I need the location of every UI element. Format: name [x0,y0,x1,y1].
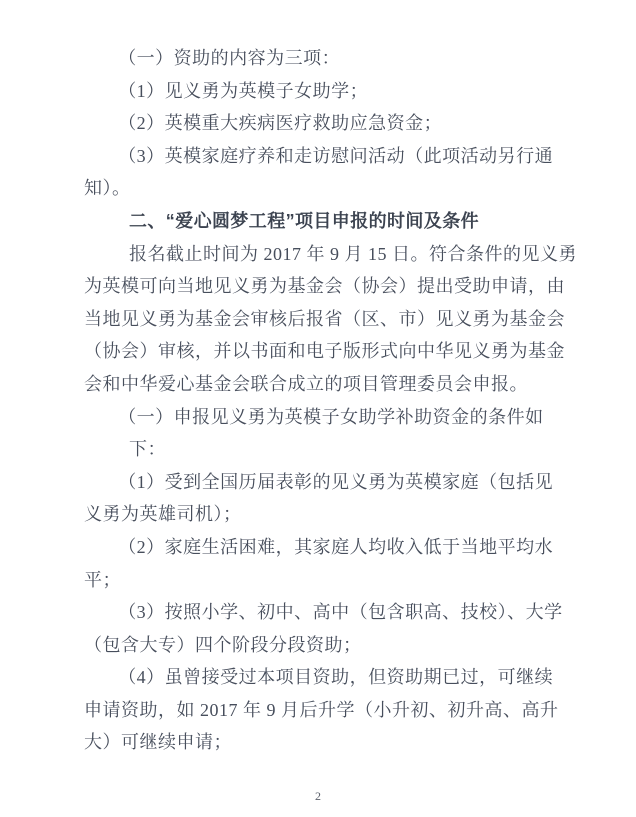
text-line: （3）英模家庭疗养和走访慰问活动（此项活动另行通 [84,140,562,173]
text-line: 为英模可向当地见义勇为基金会（协会）提出受助申请，由 [84,270,562,303]
text-line: （2）英模重大疾病医疗救助应急资金； [84,107,562,140]
text-line: 义勇为英雄司机）； [84,498,562,531]
text-line: （协会）审核，并以书面和电子版形式向中华见义勇为基金 [84,335,562,368]
document-page: （一）资助的内容为三项： （1）见义勇为英模子女助学； （2）英模重大疾病医疗救… [0,0,636,817]
text-line: 当地见义勇为基金会审核后报省（区、市）见义勇为基金会 [84,303,562,336]
text-line: 大）可继续申请； [84,726,562,759]
text-line: （1）见义勇为英模子女助学； [84,75,562,108]
text-line: （3）按照小学、初中、高中（包含职高、技校）、大学 [84,596,562,629]
text-line: 申请资助，如 2017 年 9 月后升学（小升初、初升高、高升 [84,694,562,727]
text-line: （1）受到全国历届表彰的见义勇为英模家庭（包括见 [84,466,562,499]
text-line: 知）。 [84,172,562,205]
section-heading: 二、“爱心圆梦工程”项目申报的时间及条件 [84,205,562,238]
text-line: （一）申报见义勇为英模子女助学补助资金的条件如 [84,401,562,434]
text-line: 会和中华爱心基金会联合成立的项目管理委员会申报。 [84,368,562,401]
document-body: （一）资助的内容为三项： （1）见义勇为英模子女助学； （2）英模重大疾病医疗救… [84,42,562,759]
text-line: （包含大专）四个阶段分段资助； [84,629,562,662]
text-line: （4）虽曾接受过本项目资助，但资助期已过，可继续 [84,661,562,694]
text-line: 报名截止时间为 2017 年 9 月 15 日。符合条件的见义勇 [84,238,562,271]
text-line: （2）家庭生活困难，其家庭人均收入低于当地平均水 [84,531,562,564]
text-line: （一）资助的内容为三项： [84,42,562,75]
text-line: 平； [84,564,562,597]
page-number: 2 [0,789,636,804]
text-line: 下： [84,433,562,466]
